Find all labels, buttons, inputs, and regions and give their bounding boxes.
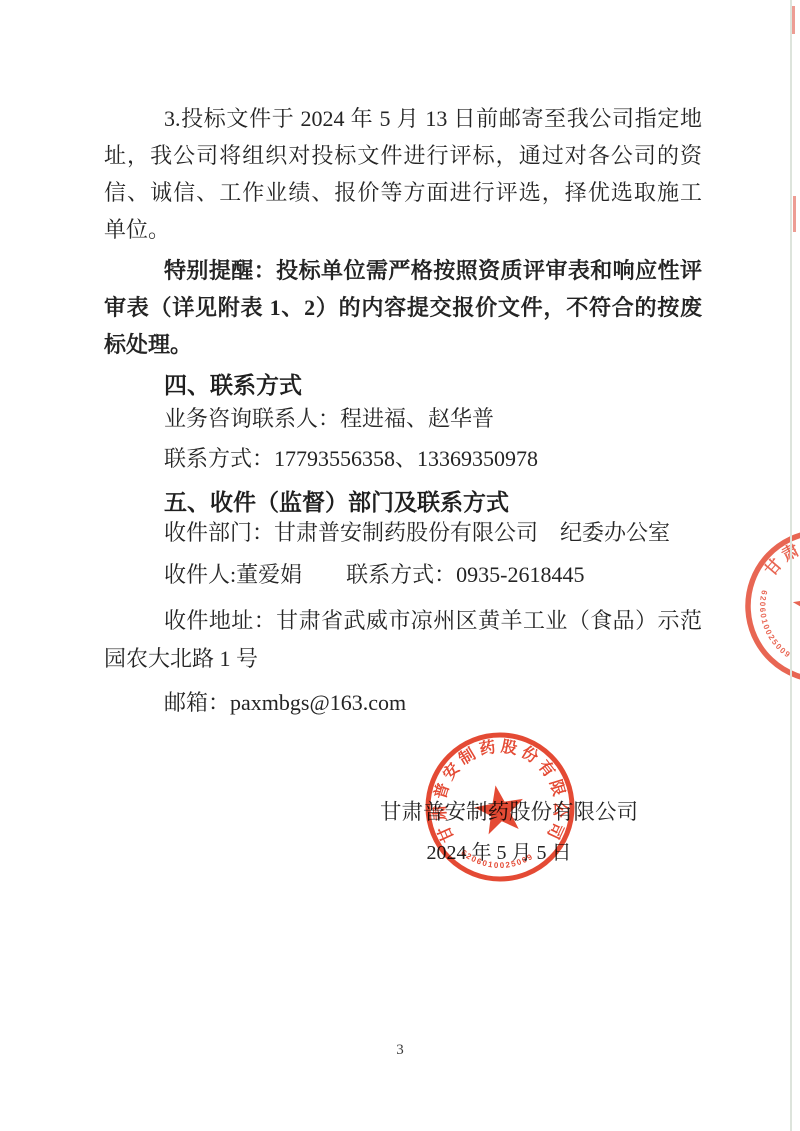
svg-text:6206010025009: 6206010025009 bbox=[459, 848, 535, 870]
text-line: 3.投标文件于 2024 年 5 月 13 日前邮寄至我公司指定地 bbox=[104, 100, 702, 137]
heading-supervision-dept: 五、收件（监督）部门及联系方式 bbox=[104, 489, 744, 516]
seal-star-icon bbox=[471, 781, 528, 836]
email-line: 邮箱：paxmbgs@163.com bbox=[104, 688, 744, 718]
text-line: 收件地址：甘肃省武威市凉州区黄羊工业（食品）示范 bbox=[104, 602, 702, 640]
text-line: 特别提醒：投标单位需严格按照资质评审表和响应性评 bbox=[104, 252, 702, 289]
seal-code-text: 6206010025009 bbox=[459, 848, 535, 870]
heading-contact-info: 四、联系方式 bbox=[104, 372, 744, 399]
text-line: 园农大北路 1 号 bbox=[104, 640, 702, 678]
text-line: 标处理。 bbox=[104, 326, 702, 363]
scan-edge-line bbox=[790, 0, 792, 1131]
company-seal-stamp: 甘肃普安制药股份有限公司 6206010025009 bbox=[420, 727, 580, 887]
receiving-address: 收件地址：甘肃省武威市凉州区黄羊工业（食品）示范 园农大北路 1 号 bbox=[104, 602, 702, 678]
text-line: 审表（详见附表 1、2）的内容提交报价文件，不符合的按废 bbox=[104, 289, 702, 326]
contact-phone-line: 联系方式：17793556358、13369350978 bbox=[104, 444, 744, 474]
paragraph-special-reminder: 特别提醒：投标单位需严格按照资质评审表和响应性评 审表（详见附表 1、2）的内容… bbox=[104, 252, 702, 363]
cross-page-seal-fragment: 甘肃普安制药股份有限公司 6206010025009 bbox=[722, 506, 800, 706]
paragraph-bid-submission: 3.投标文件于 2024 年 5 月 13 日前邮寄至我公司指定地 址，我公司将… bbox=[104, 100, 702, 248]
page-number: 3 bbox=[0, 1042, 800, 1059]
contact-person-line: 业务咨询联系人：程进福、赵华普 bbox=[104, 404, 744, 434]
text-line: 信、诚信、工作业绩、报价等方面进行评选，择优选取施工 bbox=[104, 174, 702, 211]
scan-red-artifact bbox=[792, 6, 795, 34]
text-line: 单位。 bbox=[104, 211, 702, 248]
scan-red-artifact bbox=[793, 196, 796, 232]
document-page: 3.投标文件于 2024 年 5 月 13 日前邮寄至我公司指定地 址，我公司将… bbox=[0, 0, 800, 1131]
text-line: 址，我公司将组织对投标文件进行评标，通过对各公司的资 bbox=[104, 137, 702, 174]
receiving-dept-line: 收件部门：甘肃普安制药股份有限公司 纪委办公室 bbox=[104, 518, 744, 548]
receiving-person-line: 收件人:董爱娟 联系方式：0935-2618445 bbox=[104, 560, 744, 590]
